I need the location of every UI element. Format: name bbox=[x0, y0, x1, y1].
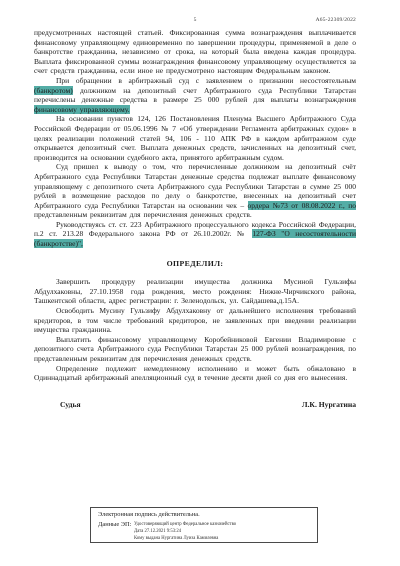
case-number: А65-22309/2022 bbox=[316, 17, 356, 23]
document-content: 5 А65-22309/2022 предусмотренных настоящ… bbox=[34, 17, 356, 409]
paragraph: На основании пунктов 124, 126 Постановле… bbox=[34, 114, 356, 162]
paragraph: Определение подлежит немедленному исполн… bbox=[34, 364, 356, 383]
resolution-heading: ОПРЕДЕЛИЛ: bbox=[34, 259, 356, 269]
stamp-detail-date: Дата 27.12.2021 9:53:24 bbox=[134, 528, 236, 535]
stamp-validity-text: Электронная подпись действительна. bbox=[98, 511, 317, 520]
highlighted-text: (банкротом) bbox=[34, 86, 73, 95]
highlighted-text: ордера №73 от 08.08.2022 г., по bbox=[248, 201, 356, 210]
stamp-detail-issued-to: Кому выдана Нургатина Луиза Камилевна bbox=[134, 535, 236, 542]
text-run: представленным реквизитам для перечислен… bbox=[34, 210, 252, 219]
electronic-signature-stamp: Электронная подпись действительна. Данны… bbox=[90, 507, 318, 543]
text-run: Выплатить финансовому управляющему Короб… bbox=[34, 335, 356, 363]
paragraph: Освободить Мусину Гульзифу Абдулхаковну … bbox=[34, 306, 356, 335]
text-run: ОПРЕДЕЛИЛ: bbox=[167, 259, 224, 268]
highlighted-text: финансовому управляющему. bbox=[34, 105, 130, 114]
text-run: На основании пунктов 124, 126 Постановле… bbox=[34, 114, 356, 161]
paragraph: предусмотренных настоящей статьей. Фикси… bbox=[34, 28, 356, 76]
document-body: предусмотренных настоящей статьей. Фикси… bbox=[34, 28, 356, 383]
text-run: Завершить процедуру реализации имущества… bbox=[34, 277, 356, 305]
signature-row: Судья Л.К. Нургатина bbox=[34, 400, 356, 409]
paragraph: При обращении в арбитражный суд с заявле… bbox=[34, 76, 356, 114]
judge-name: Л.К. Нургатина bbox=[302, 400, 356, 409]
text-run: должником на депозитный счет Арбитражног… bbox=[34, 86, 356, 105]
text-run: При обращении в арбитражный суд с заявле… bbox=[56, 76, 356, 85]
page-header: 5 А65-22309/2022 bbox=[34, 17, 356, 28]
paragraph: Выплатить финансовому управляющему Короб… bbox=[34, 335, 356, 364]
text-run: Освободить Мусину Гульзифу Абдулхаковну … bbox=[34, 306, 356, 334]
paragraph: Суд пришел к выводу о том, что перечисле… bbox=[34, 162, 356, 220]
paragraph: Руководствуясь ст. ст. 223 Арбитражного … bbox=[34, 220, 356, 249]
text-run: Определение подлежит немедленному исполн… bbox=[34, 364, 356, 383]
stamp-data-label: Данные ЭП: bbox=[98, 521, 134, 543]
paragraph: Завершить процедуру реализации имущества… bbox=[34, 277, 356, 306]
stamp-detail-authority: Удостоверяющий центр Федеральное казначе… bbox=[134, 521, 236, 528]
stamp-data-row: Данные ЭП: Удостоверяющий центр Федераль… bbox=[98, 521, 317, 543]
text-run: предусмотренных настоящей статьей. Фикси… bbox=[34, 28, 356, 75]
document-page: 5 А65-22309/2022 предусмотренных настоящ… bbox=[0, 0, 400, 566]
judge-label: Судья bbox=[60, 400, 81, 409]
page-number: 5 bbox=[34, 17, 356, 23]
stamp-details: Удостоверяющий центр Федеральное казначе… bbox=[134, 521, 236, 543]
